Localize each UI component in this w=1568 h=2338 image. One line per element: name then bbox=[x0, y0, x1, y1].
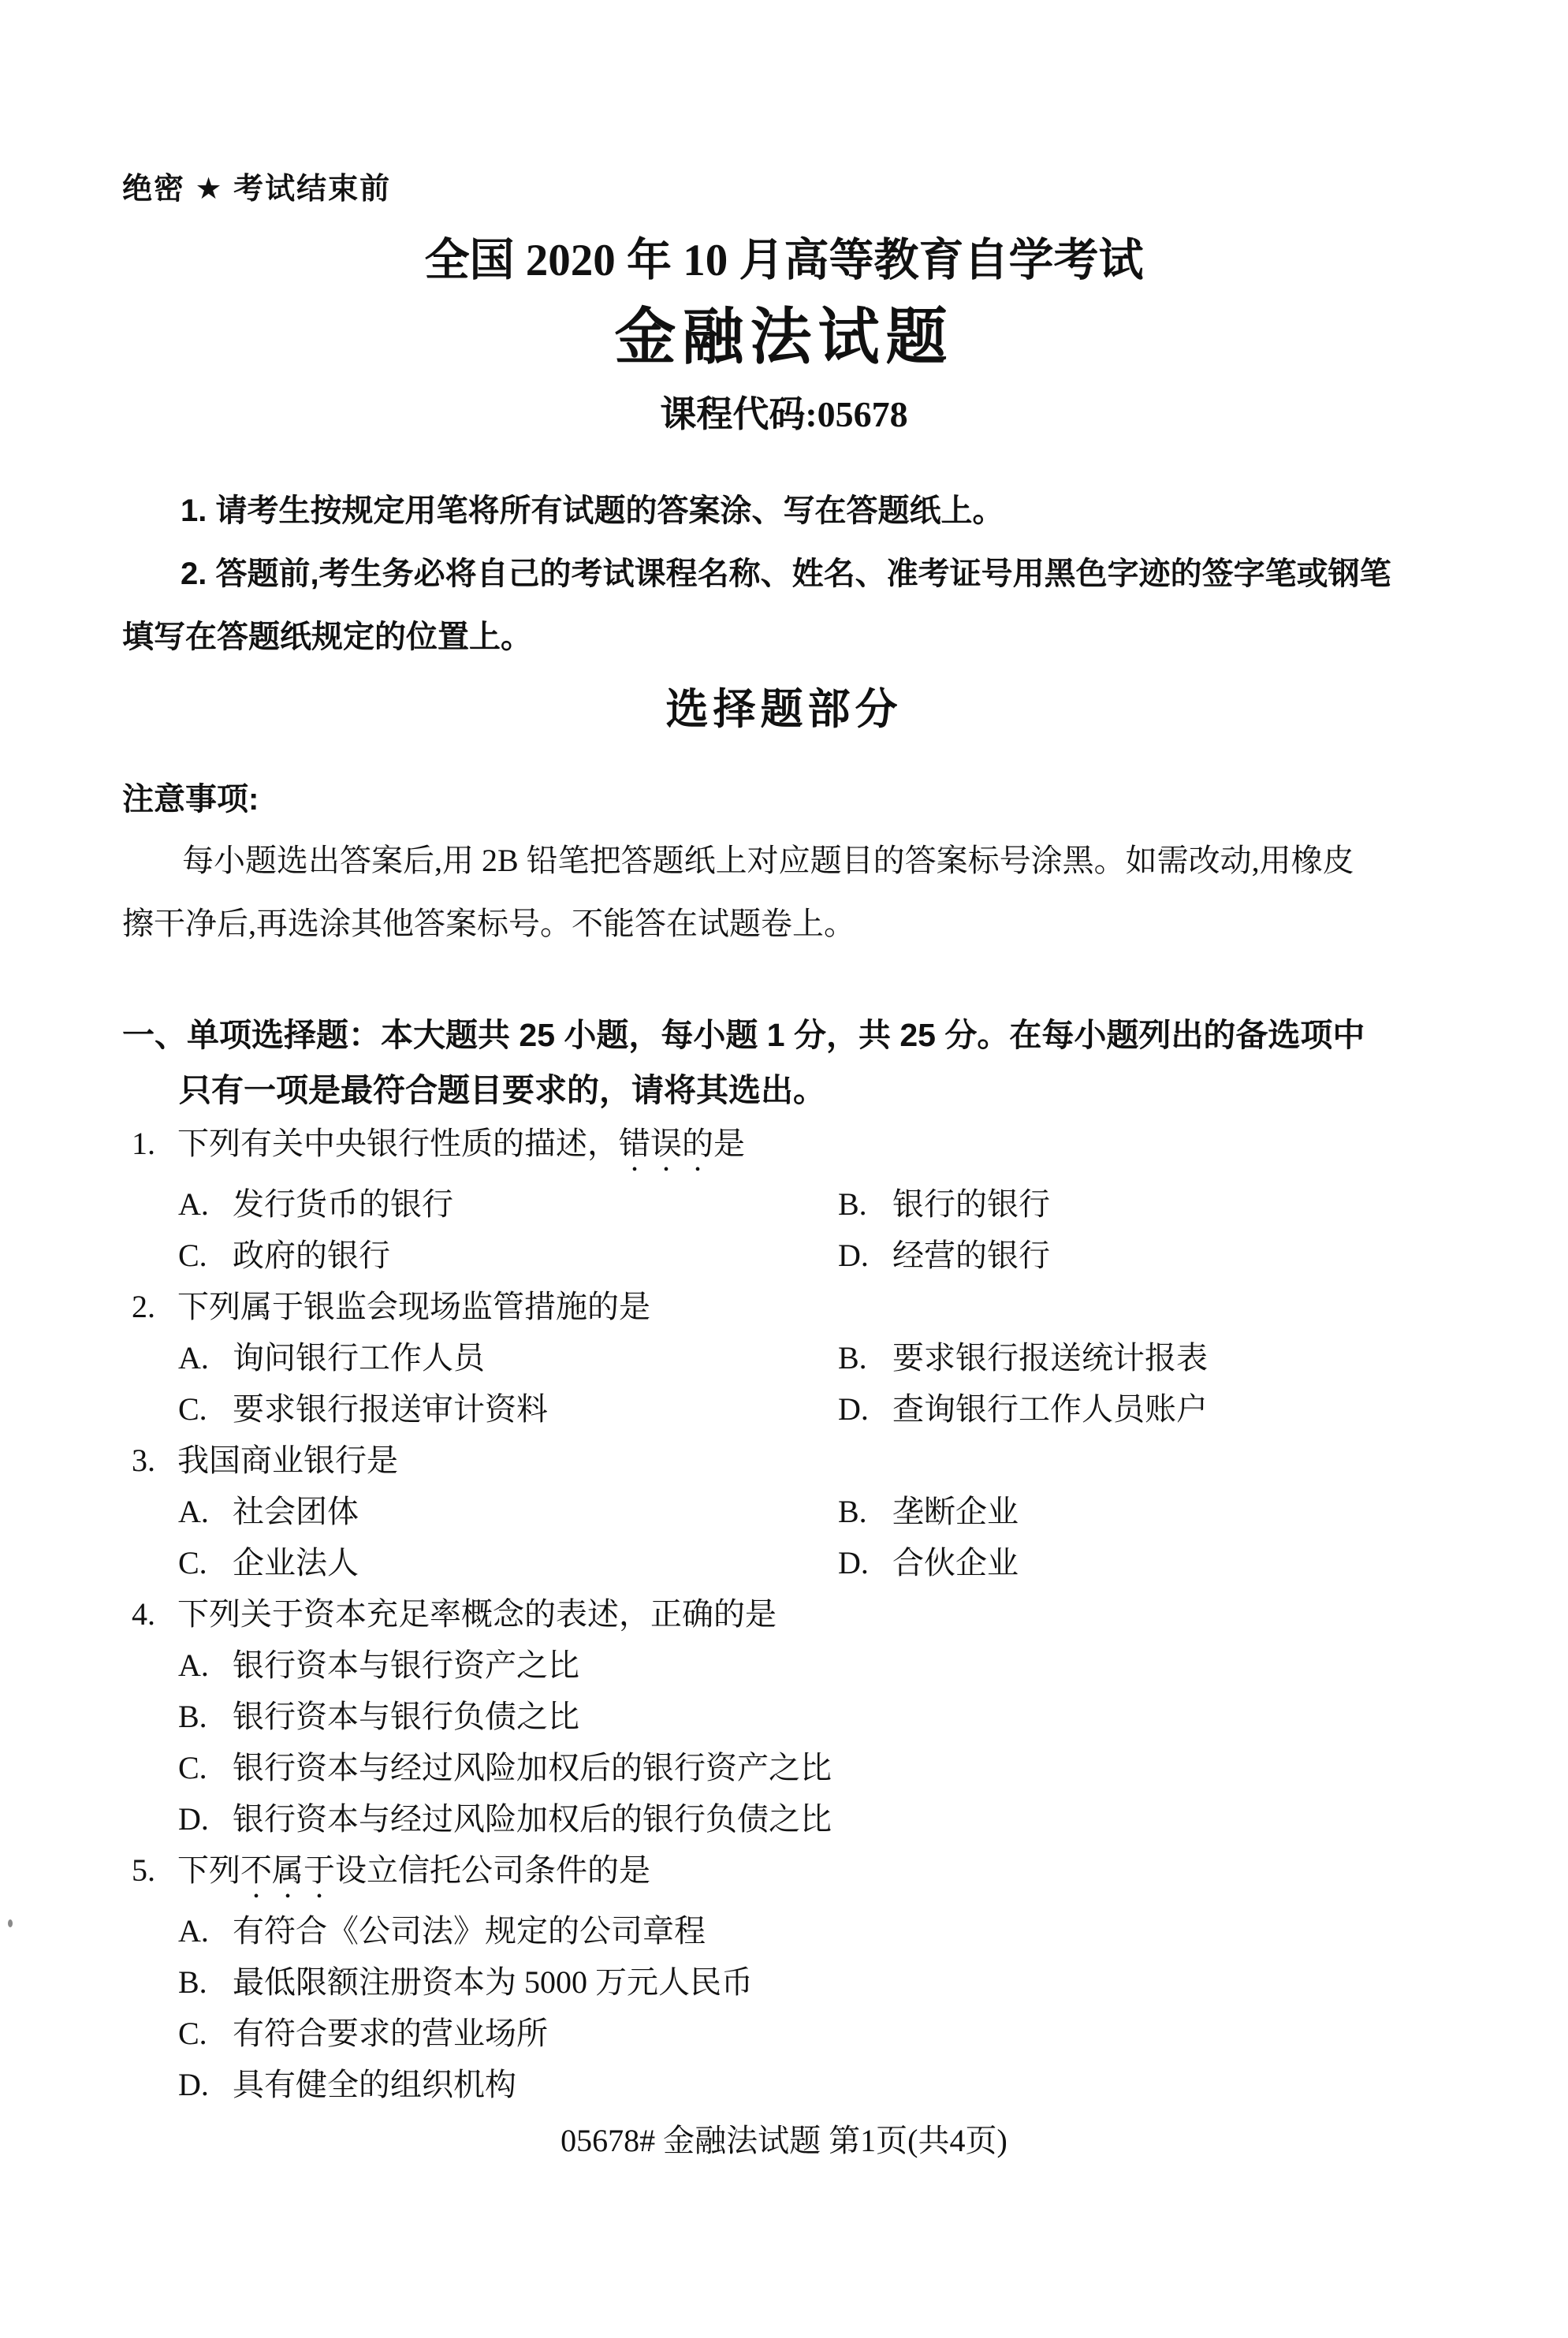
instruction-1: 1. 请考生按规定用笔将所有试题的答案涂、写在答题纸上。 bbox=[122, 479, 1446, 542]
question-5-stem: 5.下列不属于设立信托公司条件的是 bbox=[122, 1845, 1446, 1905]
stem-text: 设立信托公司条件的是 bbox=[335, 1852, 650, 1888]
option-label: D. bbox=[178, 2059, 233, 2110]
option-text: 政府的银行 bbox=[233, 1238, 390, 1273]
option-text: 银行资本与经过风险加权后的银行负债之比 bbox=[233, 1801, 832, 1837]
option-text: 具有健全的组织机构 bbox=[233, 2067, 516, 2102]
question-number: 4. bbox=[132, 1588, 177, 1640]
question-5: 5.下列不属于设立信托公司条件的是 A.有符合《公司法》规定的公司章程 B.最低… bbox=[122, 1845, 1446, 2110]
option-label: C. bbox=[178, 2008, 233, 2059]
option-label: A. bbox=[178, 1486, 233, 1537]
notes-label: 注意事项: bbox=[122, 769, 1446, 829]
notes-body: 每小题选出答案后,用 2B 铅笔把答题纸上对应题目的答案标号涂黑。如需改动,用橡… bbox=[122, 829, 1446, 955]
question-4-stem: 4.下列关于资本充足率概念的表述，正确的是 bbox=[122, 1588, 1446, 1640]
question-5-options: A.有符合《公司法》规定的公司章程 B.最低限额注册资本为 5000 万元人民币… bbox=[178, 1905, 1446, 2110]
question-3-stem: 3.我国商业银行是 bbox=[122, 1435, 1446, 1486]
instruction-2-line2: 填写在答题纸规定的位置上。 bbox=[122, 605, 1446, 668]
option-c: C.企业法人 bbox=[178, 1537, 838, 1588]
option-label: A. bbox=[178, 1178, 233, 1230]
option-c: C.政府的银行 bbox=[178, 1230, 838, 1281]
option-text: 企业法人 bbox=[233, 1545, 359, 1580]
stem-text: 下列 bbox=[177, 1852, 240, 1888]
question-1: 1.下列有关中央银行性质的描述，错误的是 A.发行货币的银行 B.银行的银行 C… bbox=[122, 1118, 1446, 1281]
question-2-options: A.询问银行工作人员 B.要求银行报送统计报表 C.要求银行报送审计资料 D.查… bbox=[178, 1332, 1446, 1435]
stem-text: 下列关于资本充足率概念的表述，正确的是 bbox=[177, 1596, 777, 1632]
question-number: 3. bbox=[132, 1435, 177, 1486]
option-a: A.发行货币的银行 bbox=[178, 1178, 838, 1230]
option-d: D.银行资本与经过风险加权后的银行负债之比 bbox=[178, 1793, 1446, 1845]
option-label: D. bbox=[178, 1793, 233, 1845]
stem-emphasized-text: 不属于 bbox=[240, 1852, 335, 1888]
option-a: A.询问银行工作人员 bbox=[178, 1332, 838, 1383]
option-text: 银行资本与银行负债之比 bbox=[233, 1699, 579, 1734]
option-text: 垄断企业 bbox=[892, 1494, 1019, 1529]
exam-session-title: 全国 2020 年 10 月高等教育自学考试 bbox=[122, 235, 1446, 287]
exam-page: 绝密 ★ 考试结束前 全国 2020 年 10 月高等教育自学考试 金融法试题 … bbox=[0, 0, 1568, 2338]
option-label: D. bbox=[838, 1537, 892, 1588]
option-a: A.银行资本与银行资产之比 bbox=[178, 1640, 1446, 1691]
option-label: D. bbox=[838, 1230, 892, 1281]
stem-text: 下列有关中央银行性质的描述， bbox=[177, 1126, 619, 1161]
option-label: B. bbox=[838, 1332, 892, 1383]
option-text: 经营的银行 bbox=[892, 1238, 1050, 1273]
option-text: 有符合《公司法》规定的公司章程 bbox=[233, 1913, 706, 1949]
option-text: 社会团体 bbox=[233, 1494, 359, 1529]
candidate-instructions: 1. 请考生按规定用笔将所有试题的答案涂、写在答题纸上。 2. 答题前,考生务必… bbox=[122, 479, 1446, 668]
option-label: C. bbox=[178, 1537, 233, 1588]
option-text: 查询银行工作人员账户 bbox=[892, 1391, 1208, 1427]
question-number: 5. bbox=[132, 1845, 177, 1896]
option-b: B.要求银行报送统计报表 bbox=[838, 1332, 1446, 1383]
option-c: C.银行资本与经过风险加权后的银行资产之比 bbox=[178, 1742, 1446, 1793]
option-label: A. bbox=[178, 1640, 233, 1691]
question-1-options: A.发行货币的银行 B.银行的银行 C.政府的银行 D.经营的银行 bbox=[178, 1178, 1446, 1281]
option-text: 最低限额注册资本为 5000 万元人民币 bbox=[233, 1964, 753, 2000]
page-footer: 05678# 金融法试题 第1页(共4页) bbox=[122, 2121, 1446, 2161]
notes-line-1: 每小题选出答案后,用 2B 铅笔把答题纸上对应题目的答案标号涂黑。如需改动,用橡… bbox=[122, 829, 1446, 892]
question-4: 4.下列关于资本充足率概念的表述，正确的是 A.银行资本与银行资产之比 B.银行… bbox=[122, 1588, 1446, 1845]
option-label: B. bbox=[838, 1486, 892, 1537]
stem-text: 是 bbox=[713, 1126, 745, 1161]
option-d: D.具有健全的组织机构 bbox=[178, 2059, 1446, 2110]
option-d: D.经营的银行 bbox=[838, 1230, 1446, 1281]
option-label: D. bbox=[838, 1383, 892, 1435]
option-text: 银行资本与经过风险加权后的银行资产之比 bbox=[233, 1750, 832, 1785]
option-text: 询问银行工作人员 bbox=[233, 1340, 485, 1376]
option-c: C.有符合要求的营业场所 bbox=[178, 2008, 1446, 2059]
question-1-stem: 1.下列有关中央银行性质的描述，错误的是 bbox=[122, 1118, 1446, 1178]
question-2-stem: 2.下列属于银监会现场监管措施的是 bbox=[122, 1281, 1446, 1332]
question-2: 2.下列属于银监会现场监管措施的是 A.询问银行工作人员 B.要求银行报送统计报… bbox=[122, 1281, 1446, 1435]
option-text: 要求银行报送审计资料 bbox=[233, 1391, 548, 1427]
course-code: 课程代码:05678 bbox=[122, 393, 1446, 437]
option-text: 有符合要求的营业场所 bbox=[233, 2016, 548, 2051]
stem-emphasized-text: 错误的 bbox=[619, 1126, 713, 1161]
option-b: B.银行的银行 bbox=[838, 1178, 1446, 1230]
option-label: C. bbox=[178, 1230, 233, 1281]
option-b: B.最低限额注册资本为 5000 万元人民币 bbox=[178, 1956, 1446, 2008]
option-text: 银行资本与银行资产之比 bbox=[233, 1647, 579, 1683]
option-label: C. bbox=[178, 1383, 233, 1435]
instruction-2-line1: 2. 答题前,考生务必将自己的考试课程名称、姓名、准考证号用黑色字迹的签字笔或钢… bbox=[122, 542, 1446, 605]
option-label: B. bbox=[838, 1178, 892, 1230]
option-b: B.垄断企业 bbox=[838, 1486, 1446, 1537]
part-one-header-line1: 一、单项选择题：本大题共 25 小题，每小题 1 分，共 25 分。在每小题列出… bbox=[122, 1007, 1446, 1063]
question-4-options: A.银行资本与银行资产之比 B.银行资本与银行负债之比 C.银行资本与经过风险加… bbox=[178, 1640, 1446, 1845]
exam-subject-title: 金融法试题 bbox=[122, 300, 1446, 375]
option-label: A. bbox=[178, 1905, 233, 1956]
option-a: A.社会团体 bbox=[178, 1486, 838, 1537]
question-list: 1.下列有关中央银行性质的描述，错误的是 A.发行货币的银行 B.银行的银行 C… bbox=[122, 1118, 1446, 2110]
option-text: 银行的银行 bbox=[892, 1186, 1050, 1222]
notes-line-2: 擦干净后,再选涂其他答案标号。不能答在试题卷上。 bbox=[122, 892, 1446, 955]
stem-text: 下列属于银监会现场监管措施的是 bbox=[177, 1289, 650, 1324]
part-one-header-line2: 只有一项是最符合题目要求的，请将其选出。 bbox=[179, 1063, 1446, 1118]
option-text: 合伙企业 bbox=[892, 1545, 1019, 1580]
choice-section-title: 选择题部分 bbox=[122, 681, 1446, 738]
option-d: D.合伙企业 bbox=[838, 1537, 1446, 1588]
option-label: B. bbox=[178, 1956, 233, 2008]
question-number: 1. bbox=[132, 1118, 177, 1169]
option-a: A.有符合《公司法》规定的公司章程 bbox=[178, 1905, 1446, 1956]
option-label: A. bbox=[178, 1332, 233, 1383]
option-b: B.银行资本与银行负债之比 bbox=[178, 1691, 1446, 1742]
option-text: 要求银行报送统计报表 bbox=[892, 1340, 1208, 1376]
option-label: B. bbox=[178, 1691, 233, 1742]
classification-banner: 绝密 ★ 考试结束前 bbox=[122, 172, 1446, 207]
question-3: 3.我国商业银行是 A.社会团体 B.垄断企业 C.企业法人 D.合伙企业 bbox=[122, 1435, 1446, 1588]
question-3-options: A.社会团体 B.垄断企业 C.企业法人 D.合伙企业 bbox=[178, 1486, 1446, 1588]
option-d: D.查询银行工作人员账户 bbox=[838, 1383, 1446, 1435]
option-label: C. bbox=[178, 1742, 233, 1793]
option-c: C.要求银行报送审计资料 bbox=[178, 1383, 838, 1435]
scan-artifact bbox=[8, 1919, 13, 1927]
stem-text: 我国商业银行是 bbox=[177, 1443, 398, 1478]
option-text: 发行货币的银行 bbox=[233, 1186, 453, 1222]
question-number: 2. bbox=[132, 1281, 177, 1332]
part-one-header: 一、单项选择题：本大题共 25 小题，每小题 1 分，共 25 分。在每小题列出… bbox=[122, 1007, 1446, 1118]
